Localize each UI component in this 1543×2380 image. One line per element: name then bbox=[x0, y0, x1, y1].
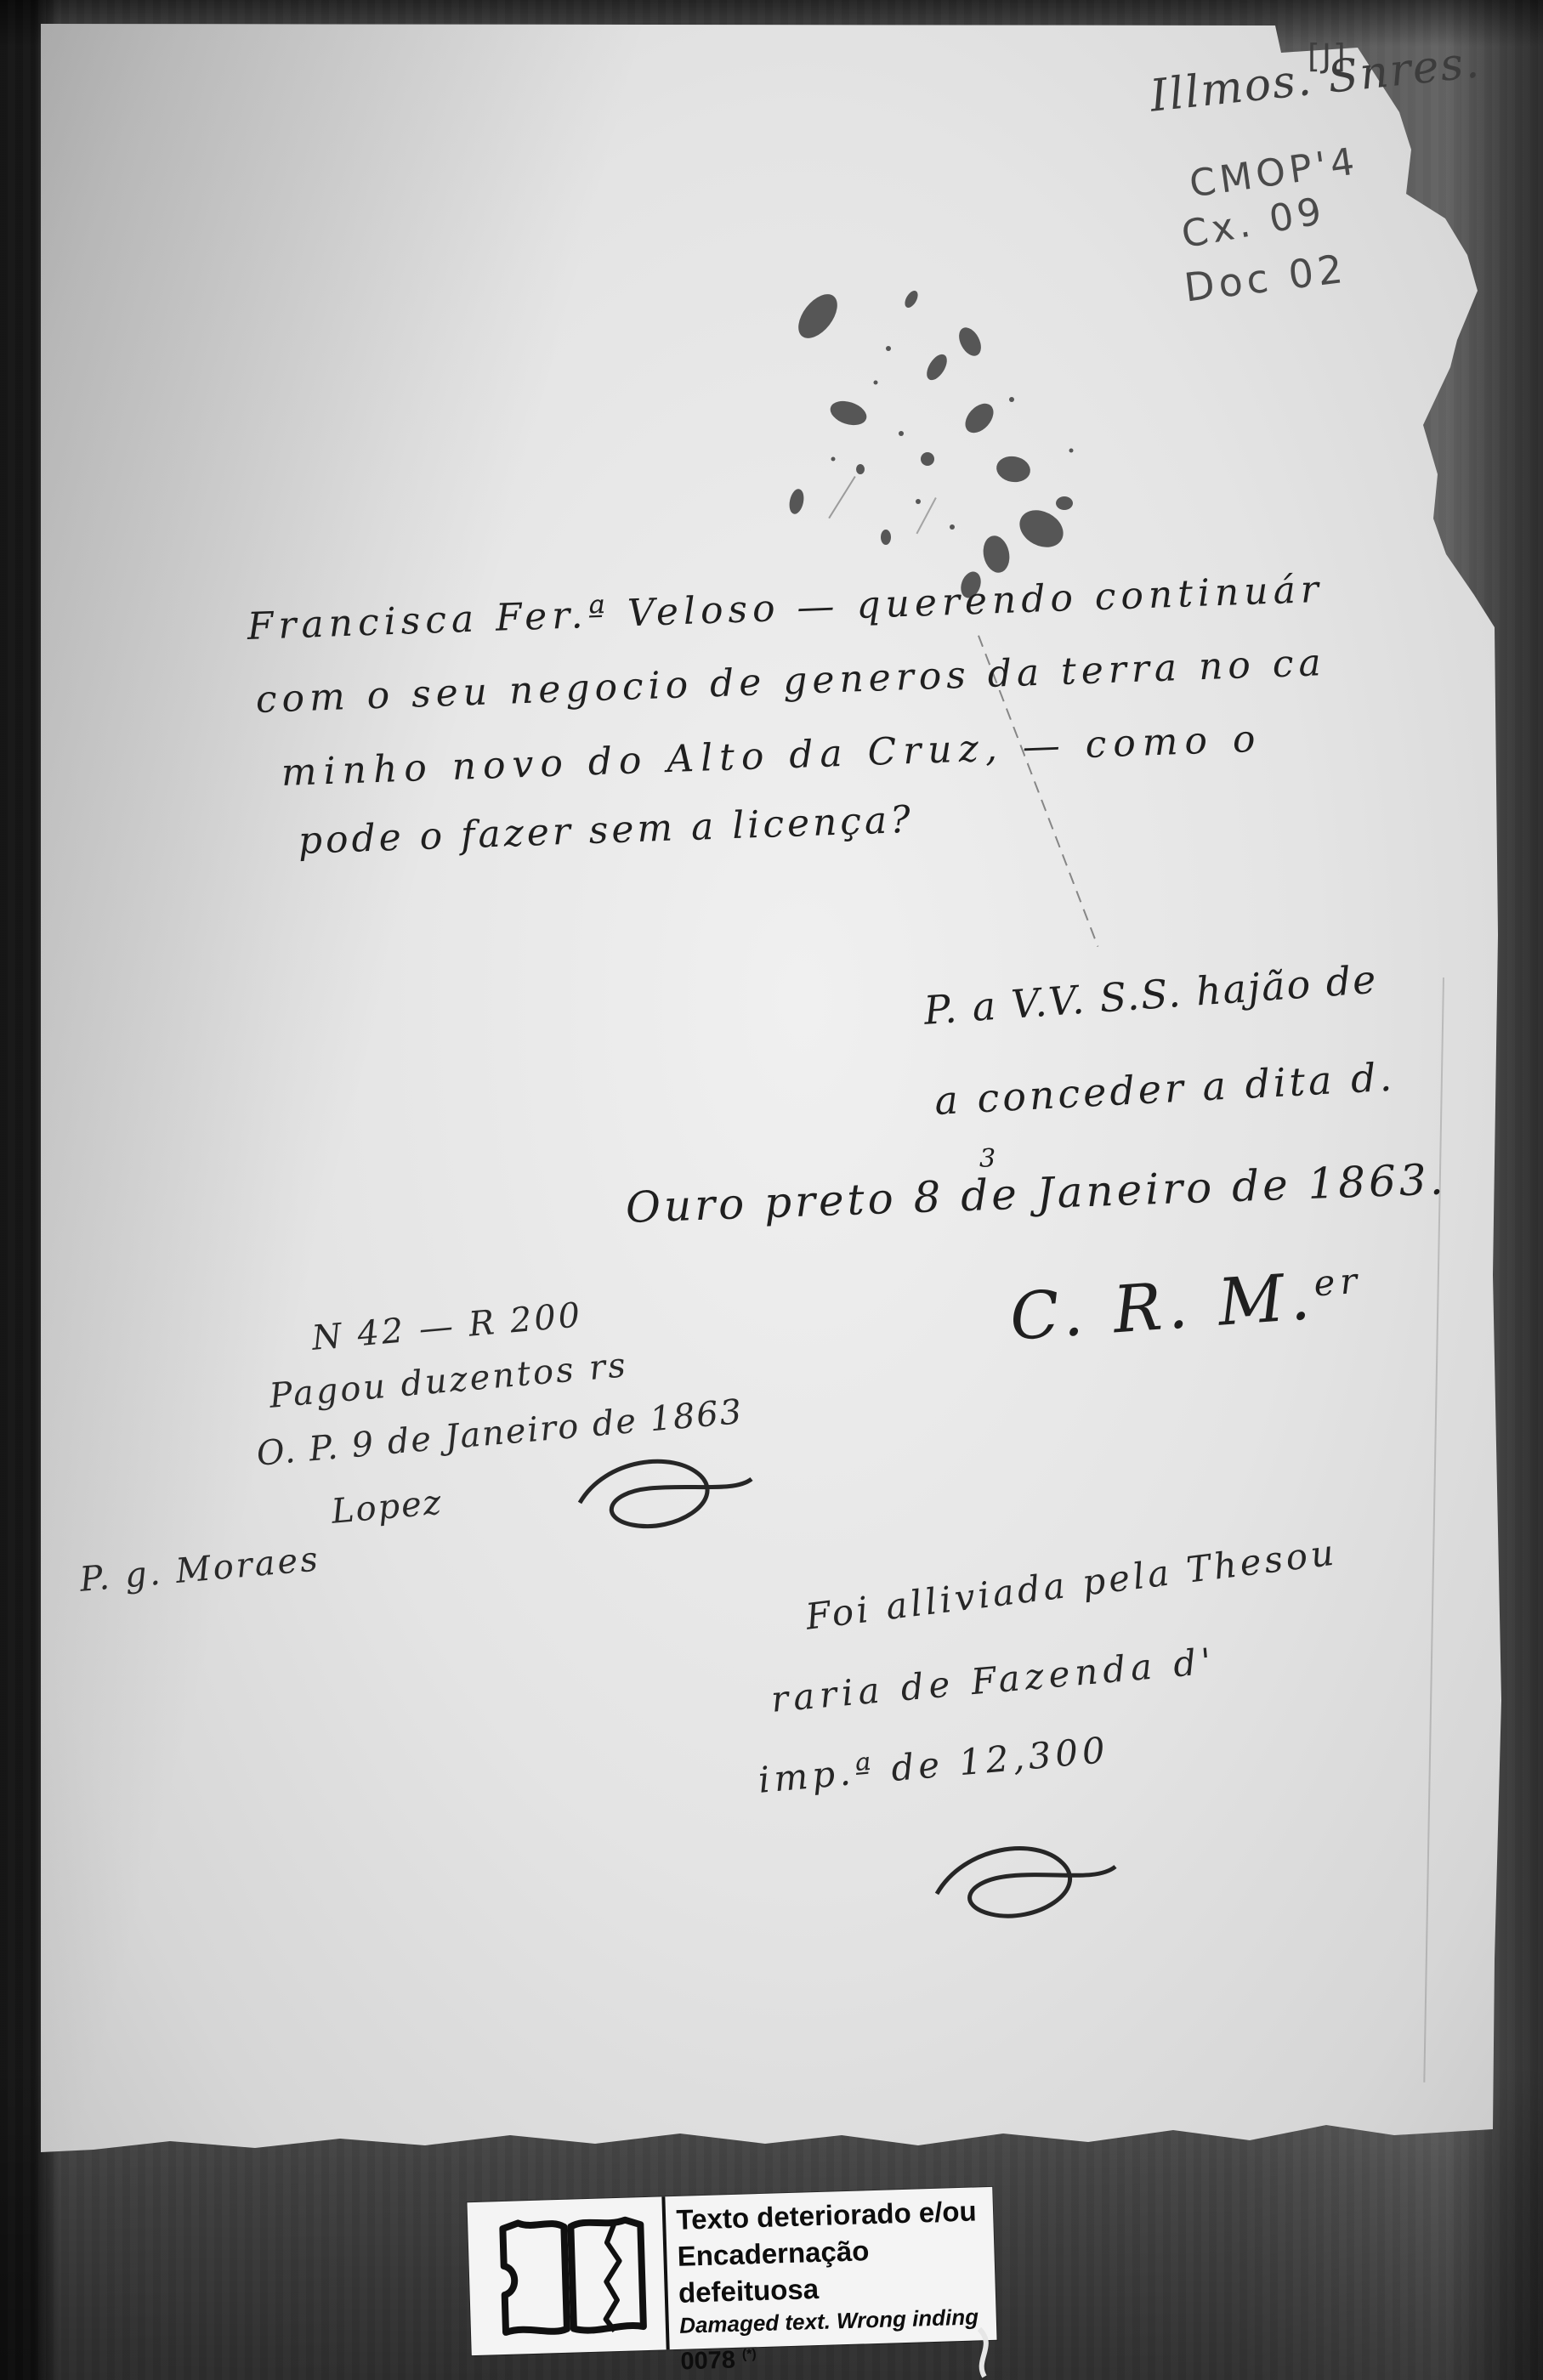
label-thread bbox=[969, 2327, 1003, 2380]
payment-rubric-flourish bbox=[571, 1443, 758, 1545]
treasury-rubric-flourish bbox=[927, 1827, 1122, 1938]
condition-label-icon-box bbox=[467, 2196, 670, 2355]
condition-label: Texto deteriorado e/ou Encadernação defe… bbox=[467, 2187, 996, 2355]
dateline-correction: 3 bbox=[979, 1144, 996, 1174]
damaged-book-icon bbox=[474, 2206, 659, 2347]
condition-label-number-note: (*) bbox=[742, 2347, 757, 2361]
ink-blot-stains bbox=[714, 246, 1139, 620]
signature-superscript: er bbox=[1313, 1260, 1364, 1305]
condition-label-line-2: Encadernação defeituosa bbox=[677, 2229, 996, 2311]
condition-label-number-value: 0078 bbox=[680, 2347, 735, 2376]
document-scan: [J] Illmos. Snres. CMOP'4 Cx. 09 Doc 02 … bbox=[0, 0, 1543, 2380]
condition-label-text: Texto deteriorado e/ou Encadernação defe… bbox=[666, 2187, 997, 2349]
